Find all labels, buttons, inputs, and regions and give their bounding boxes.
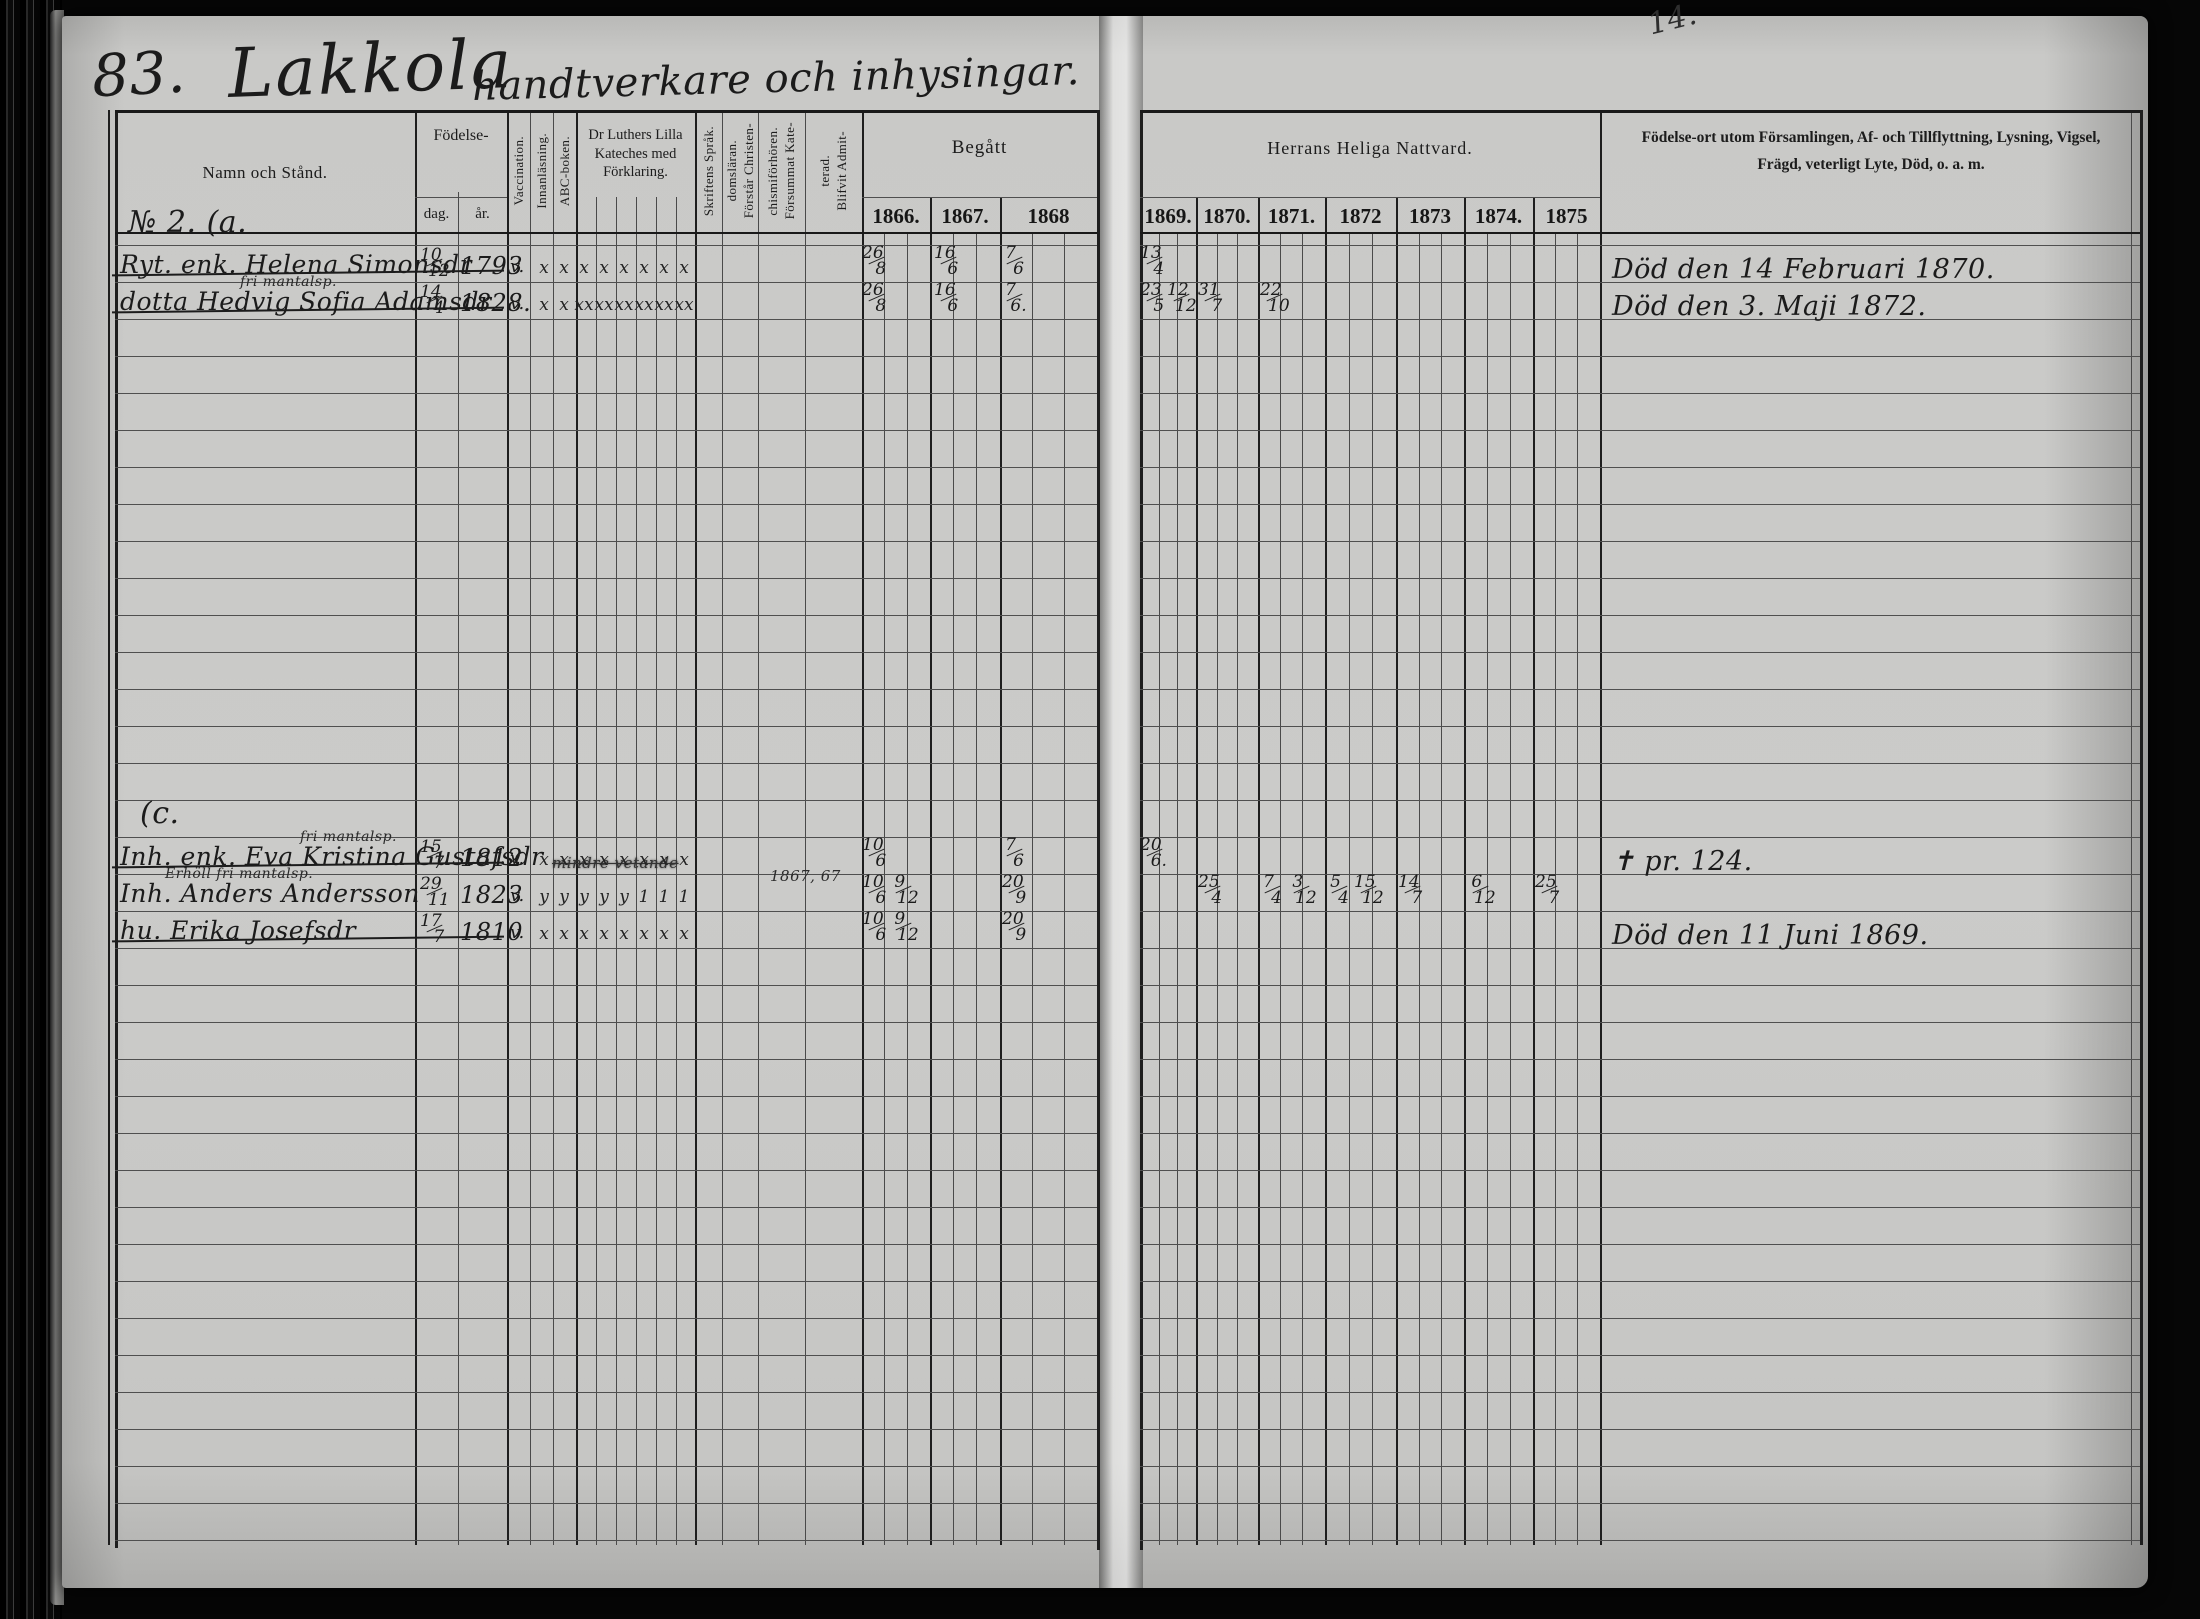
reading-mark: x xyxy=(574,924,594,944)
grid-hline xyxy=(1140,578,2140,579)
grid-vline xyxy=(1237,232,1238,1545)
grid-hline xyxy=(115,1170,1097,1171)
grid-hline xyxy=(1140,800,2140,801)
grid-vline xyxy=(576,110,578,1545)
grid-hline xyxy=(1140,504,2140,505)
header-scripture-label: Skriftens Språk. xyxy=(701,126,717,216)
year-1869: 1869. xyxy=(1140,200,1196,232)
grid-hline xyxy=(115,467,1097,468)
grid-hline xyxy=(1140,1429,2140,1430)
grid-hline xyxy=(1140,1096,2140,1097)
grid-hline xyxy=(115,948,1097,949)
communion-entry-1866: 106 xyxy=(866,838,888,870)
year-1866: 1866. xyxy=(862,200,930,232)
grid-vline xyxy=(1396,197,1398,1545)
header-understands-doctrine: Förstår Christen- domsläran. xyxy=(722,112,758,230)
grid-hline xyxy=(1140,1503,2140,1504)
grid-hline xyxy=(115,1392,1097,1393)
header-reading-label: Innanläsning. xyxy=(534,133,550,209)
reading-mark: x xyxy=(534,924,554,944)
grid-vline xyxy=(862,110,864,1545)
communion-entry-1869: 235 xyxy=(1144,283,1166,315)
grid-vline xyxy=(1097,110,1100,1550)
grid-hline xyxy=(115,504,1097,505)
birth-day: 177 xyxy=(424,914,446,946)
grid-vline xyxy=(930,197,932,1545)
understands-line2: domsläran. xyxy=(724,140,740,201)
scanned-parish-ledger: 14. 83. Lakkola handtverkare och inhysin… xyxy=(0,0,2200,1619)
grid-hline xyxy=(1140,763,2140,764)
reading-mark: y xyxy=(614,887,634,907)
communion-entry-1868: 209 xyxy=(1006,875,1028,907)
grid-hline xyxy=(115,393,1097,394)
missed-line1: Försummat Kate- xyxy=(782,122,798,219)
grid-vline xyxy=(805,110,806,1545)
grid-vline xyxy=(1258,197,1260,1545)
grid-hline xyxy=(115,232,1097,234)
admitted-line1: Blifvit Admit- xyxy=(834,131,850,211)
reading-mark: x xyxy=(534,258,554,278)
grid-hline xyxy=(1140,726,2140,727)
reading-mark: xx xyxy=(614,295,634,315)
grid-hline xyxy=(1140,615,2140,616)
grid-hline xyxy=(1140,1133,2140,1134)
grid-hline xyxy=(115,1096,1097,1097)
grid-vline xyxy=(1533,197,1535,1545)
grid-hline xyxy=(115,110,1097,113)
grid-hline xyxy=(115,689,1097,690)
grid-hline xyxy=(115,726,1097,727)
grid-vline xyxy=(758,110,759,1545)
grid-hline xyxy=(1140,430,2140,431)
communion-entry-1866: 268 xyxy=(866,283,888,315)
grid-vline xyxy=(1325,197,1327,1545)
vaccination-mark: v. xyxy=(510,885,525,906)
reading-mark: x xyxy=(534,295,554,315)
margin-note: Död den 3. Maji 1872. xyxy=(1612,291,1926,322)
grid-hline xyxy=(115,615,1097,616)
row-annotation: Erhöll fri mantalsp. xyxy=(165,866,313,882)
communion-entry-1871: 74 xyxy=(1264,875,1281,907)
year-1872: 1872 xyxy=(1325,200,1396,232)
reading-mark: x xyxy=(554,295,574,315)
grid-hline xyxy=(1140,1392,2140,1393)
grid-vline xyxy=(1000,197,1002,1545)
grid-hline xyxy=(1140,1318,2140,1319)
grid-vline xyxy=(530,110,531,1545)
grid-vline xyxy=(1577,232,1578,1545)
communion-entry-1869: 1212 xyxy=(1171,283,1193,315)
reading-mark: y xyxy=(594,887,614,907)
grid-vline xyxy=(1140,110,1143,1550)
grid-vline xyxy=(1196,197,1198,1545)
grid-vline xyxy=(1349,232,1350,1545)
grid-vline xyxy=(722,110,723,1545)
catechism-line2: Kateches med xyxy=(595,146,677,162)
header-missed-examinations: Försummat Kate- chismiförhören. xyxy=(758,112,805,230)
grid-hline xyxy=(115,1133,1097,1134)
year-1874: 1874. xyxy=(1464,200,1533,232)
grid-hline xyxy=(115,1466,1097,1467)
grid-vline xyxy=(115,110,118,1548)
grid-vline xyxy=(1064,232,1065,1545)
birth-day: 1012 xyxy=(424,248,446,280)
reading-mark: y xyxy=(534,887,554,907)
vaccination-mark: v. xyxy=(510,293,525,314)
reading-mark: x xyxy=(554,258,574,278)
reading-mark: x xyxy=(594,924,614,944)
reading-mark: xx xyxy=(654,295,674,315)
header-notes-column: Födelse-ort utom Församlingen, Af- och T… xyxy=(1604,124,2138,186)
grid-vline xyxy=(553,110,554,1545)
grid-vline xyxy=(507,110,509,1545)
header-birth: Födelse- xyxy=(415,122,507,150)
communion-entry-1871: 2210 xyxy=(1264,283,1286,315)
header-abc-book: ABC-boken. xyxy=(553,112,576,230)
reading-mark: x xyxy=(614,850,634,870)
communion-entry-1872: 1512 xyxy=(1358,875,1380,907)
header-communion-begatt: Begått xyxy=(862,128,1097,168)
reading-mark: x xyxy=(554,850,574,870)
reading-mark: xx xyxy=(574,295,594,315)
reading-mark: y xyxy=(554,887,574,907)
grid-vline xyxy=(1441,232,1442,1545)
grid-hline xyxy=(415,197,507,198)
communion-entry-1872: 54 xyxy=(1331,875,1348,907)
grid-vline xyxy=(1464,197,1466,1545)
page-gutter xyxy=(1099,16,1143,1588)
missed-exam-note: 1867, 67 xyxy=(770,867,841,885)
reading-mark: x xyxy=(634,258,654,278)
grid-vline xyxy=(1510,232,1511,1545)
grid-hline xyxy=(1140,356,2140,357)
grid-hline xyxy=(1140,232,2140,234)
admitted-line2: terad. xyxy=(817,155,833,187)
grid-hline xyxy=(1140,467,2140,468)
reading-mark: x xyxy=(614,258,634,278)
catechism-line1: Dr Luthers Lilla xyxy=(588,127,682,143)
reading-mark: x xyxy=(574,850,594,870)
grid-vline xyxy=(976,232,977,1545)
grid-hline xyxy=(1140,1170,2140,1171)
grid-hline xyxy=(1140,1355,2140,1356)
missed-line2: chismiförhören. xyxy=(765,127,781,216)
reading-mark: x xyxy=(674,258,694,278)
communion-entry-1866: 106 xyxy=(866,875,888,907)
grid-hline xyxy=(1140,1466,2140,1467)
reading-mark: x xyxy=(594,850,614,870)
communion-entry-1866: 106 xyxy=(866,912,888,944)
reading-mark: x xyxy=(594,258,614,278)
year-1868: 1868 xyxy=(1000,200,1097,232)
notes-header-line2: Frägd, veterligt Lyte, Död, o. a. m. xyxy=(1757,156,1984,173)
reading-mark: x xyxy=(654,924,674,944)
grid-hline xyxy=(1140,197,1600,198)
grid-hline xyxy=(115,1540,1097,1541)
grid-vline xyxy=(415,110,417,1545)
grid-hline xyxy=(1140,911,2140,912)
grid-hline xyxy=(1140,837,2140,838)
header-scripture: Skriftens Språk. xyxy=(695,112,722,230)
header-birth-year: år. xyxy=(458,198,507,230)
grid-hline xyxy=(1140,689,2140,690)
row-annotation: fri mantalsp. xyxy=(240,274,337,290)
grid-hline xyxy=(115,985,1097,986)
header-reading: Innanläsning. xyxy=(530,112,553,230)
reading-mark: 1 xyxy=(674,887,694,907)
communion-entry-1868: 209 xyxy=(1006,912,1028,944)
grid-hline xyxy=(115,1355,1097,1356)
header-holy-communion: Herrans Heliga Nattvard. xyxy=(1140,128,1600,168)
communion-entry-1869: 134 xyxy=(1144,246,1166,278)
grid-vline xyxy=(2131,110,2132,1545)
grid-hline xyxy=(1140,393,2140,394)
year-1870: 1870. xyxy=(1196,200,1258,232)
reading-mark: 1 xyxy=(654,887,674,907)
margin-note: Död den 11 Juni 1869. xyxy=(1612,920,1929,951)
birth-day: 157 xyxy=(424,840,446,872)
header-vaccination-label: Vaccination. xyxy=(511,136,527,205)
grid-vline xyxy=(2140,110,2143,1545)
communion-entry-1874: 612 xyxy=(1470,875,1492,907)
communion-entry-1866: 912 xyxy=(893,875,915,907)
grid-hline xyxy=(115,1318,1097,1319)
header-abc-label: ABC-boken. xyxy=(557,136,573,206)
grid-hline xyxy=(115,578,1097,579)
grid-hline xyxy=(115,1244,1097,1245)
grid-hline xyxy=(115,1281,1097,1282)
grid-hline xyxy=(1140,1022,2140,1023)
birth-day: 144 xyxy=(424,285,446,317)
grid-hline xyxy=(1140,1244,2140,1245)
grid-hline xyxy=(862,197,1097,198)
reading-mark: x xyxy=(634,850,654,870)
communion-entry-1870: 254 xyxy=(1202,875,1224,907)
reading-mark: x xyxy=(614,924,634,944)
reading-mark: xx xyxy=(674,295,694,315)
margin-note: Död den 14 Februari 1870. xyxy=(1612,254,1995,285)
communion-entry-1868: 76. xyxy=(1006,283,1023,315)
communion-entry-1871: 312 xyxy=(1291,875,1313,907)
header-birth-day: dag. xyxy=(415,198,458,230)
page-number: 83. xyxy=(90,38,187,111)
vaccination-mark: v. xyxy=(510,922,525,943)
communion-entry-1870: 317 xyxy=(1202,283,1224,315)
grid-hline xyxy=(115,1059,1097,1060)
notes-header-line1: Födelse-ort utom Församlingen, Af- och T… xyxy=(1642,129,2101,146)
grid-hline xyxy=(1140,541,2140,542)
grid-vline xyxy=(108,110,110,1545)
communion-entry-1869: 206. xyxy=(1144,838,1166,870)
header-catechism: Dr Luthers Lilla Kateches med Förklaring… xyxy=(577,116,694,192)
grid-hline xyxy=(115,763,1097,764)
grid-hline xyxy=(115,652,1097,653)
grid-hline xyxy=(115,541,1097,542)
grid-vline xyxy=(1032,232,1033,1545)
grid-hline xyxy=(115,837,1097,838)
margin-note: ✝ pr. 124. xyxy=(1612,846,1753,877)
grid-hline xyxy=(115,1429,1097,1430)
year-1873: 1873 xyxy=(1396,200,1464,232)
grid-hline xyxy=(115,911,1097,912)
header-admitted: Blifvit Admit- terad. xyxy=(805,112,862,230)
reading-mark: x xyxy=(574,258,594,278)
grid-hline xyxy=(115,1503,1097,1504)
reading-mark: x xyxy=(654,258,674,278)
reading-mark: x xyxy=(554,924,574,944)
grid-hline xyxy=(1140,110,2140,113)
reading-mark: xx xyxy=(634,295,654,315)
communion-entry-1866: 912 xyxy=(893,912,915,944)
communion-entry-1867: 166 xyxy=(938,246,960,278)
catechism-line3: Förklaring. xyxy=(603,164,668,180)
communion-entry-1867: 166 xyxy=(938,283,960,315)
grid-hline xyxy=(1140,652,2140,653)
understands-line1: Förstår Christen- xyxy=(741,123,757,218)
row-annotation: fri mantalsp. xyxy=(300,829,397,845)
grid-hline xyxy=(1140,1540,2140,1541)
grid-hline xyxy=(1140,1207,2140,1208)
grid-hline xyxy=(1140,1059,2140,1060)
group-label: № 2. (a. xyxy=(128,205,247,240)
reading-mark: 1 xyxy=(634,887,654,907)
grid-vline xyxy=(1177,232,1178,1545)
reading-mark: y xyxy=(574,887,594,907)
reading-mark: x xyxy=(634,924,654,944)
year-1867: 1867. xyxy=(930,200,1000,232)
year-1871: 1871. xyxy=(1258,200,1325,232)
row-name: Inh. Anders Andersson xyxy=(120,879,420,908)
grid-hline xyxy=(115,1022,1097,1023)
vaccination-mark: v. xyxy=(510,256,525,277)
header-name-column: Namn och Stånd. xyxy=(115,158,415,188)
reading-mark: x xyxy=(654,850,674,870)
grid-hline xyxy=(115,356,1097,357)
communion-entry-1868: 76 xyxy=(1006,838,1023,870)
communion-entry-1868: 76 xyxy=(1006,246,1023,278)
vaccination-mark: v. xyxy=(510,848,525,869)
grid-vline xyxy=(1159,232,1160,1545)
communion-entry-1866: 268 xyxy=(866,246,888,278)
reading-mark: x xyxy=(534,850,554,870)
reading-mark: xx xyxy=(594,295,614,315)
grid-vline xyxy=(953,232,954,1545)
grid-vline xyxy=(695,110,697,1545)
grid-hline xyxy=(115,1207,1097,1208)
reading-mark: x xyxy=(674,850,694,870)
grid-hline xyxy=(115,430,1097,431)
grid-hline xyxy=(1140,245,2140,246)
grid-hline xyxy=(1140,985,2140,986)
grid-vline xyxy=(1600,110,1602,1545)
reading-mark: x xyxy=(674,924,694,944)
grid-hline xyxy=(115,800,1097,801)
birth-day: 2911 xyxy=(424,877,446,909)
grid-hline xyxy=(115,319,1097,320)
group-label: (c. xyxy=(140,796,180,831)
header-vaccination: Vaccination. xyxy=(507,112,530,230)
year-1875: 1875 xyxy=(1533,200,1600,232)
grid-hline xyxy=(1140,1281,2140,1282)
communion-entry-1875: 257 xyxy=(1539,875,1561,907)
communion-entry-1873: 147 xyxy=(1402,875,1424,907)
